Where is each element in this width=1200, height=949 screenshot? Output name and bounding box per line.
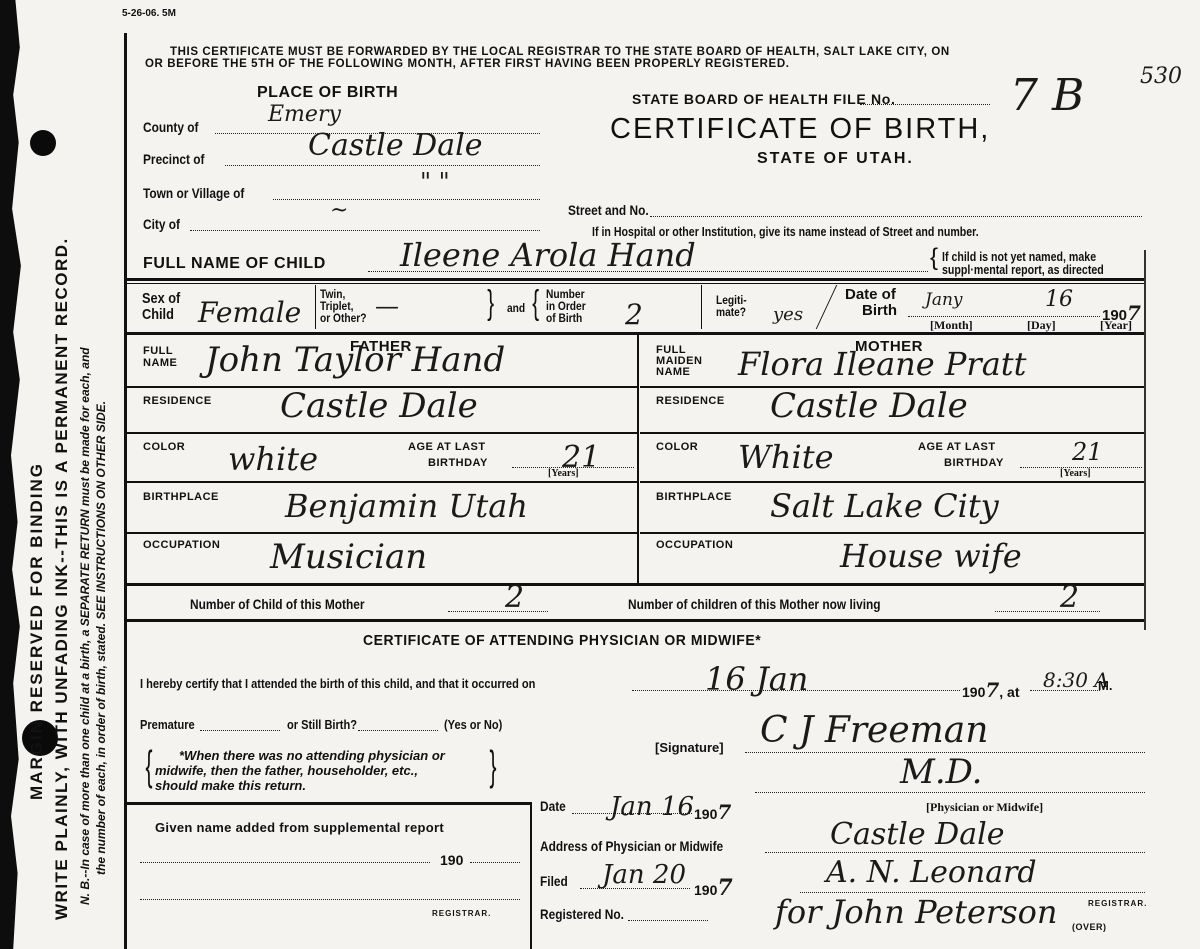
mother-color-label: COLOR <box>656 441 698 453</box>
order-value: 2 <box>625 298 643 331</box>
registrar-caption: REGISTRAR. <box>1088 899 1147 908</box>
still-birth-label: or Still Birth? <box>287 719 357 731</box>
twin-label: Twin, Triplet, or Other? <box>320 288 366 324</box>
dob-label-2: Birth <box>845 303 897 319</box>
father-birthplace-label: BIRTHPLACE <box>143 491 219 503</box>
order-label: Number in Order of Birth <box>546 288 586 324</box>
dob-year-caption: [Year] <box>1100 318 1132 333</box>
twin-label-3: or Other? <box>320 312 366 324</box>
brace-icon: { <box>930 246 938 270</box>
signature-label: [Signature] <box>655 740 724 755</box>
mother-name-label-3: NAME <box>656 367 702 378</box>
living-value: 2 <box>1060 580 1079 615</box>
rule <box>127 332 1144 335</box>
mother-age-label-2: BIRTHDAY <box>944 457 1004 469</box>
certify-text: I hereby certify that I attended the bir… <box>140 678 535 690</box>
mother-age-label-1: AGE AT LAST <box>918 441 996 453</box>
form-code: 5-26-06. 5M <box>122 8 176 19</box>
precinct-field[interactable] <box>225 165 540 166</box>
binding-hole <box>30 130 56 156</box>
sex-label-2: Child <box>142 307 180 323</box>
father-name-label-2: NAME <box>143 357 177 369</box>
father-name-label: FULL NAME <box>143 345 177 369</box>
divider <box>315 285 316 329</box>
unnamed-note-line2: suppl·mental report, as directed <box>942 264 1104 277</box>
premature-field[interactable] <box>200 730 280 731</box>
note-line1: *When there was no attending physician o… <box>155 748 445 763</box>
town-label: Town or Village of <box>143 187 244 199</box>
file-no-suffix: 530 <box>1140 64 1182 89</box>
mother-residence-label: RESIDENCE <box>656 395 725 407</box>
father-age-label-2: BIRTHDAY <box>428 457 488 469</box>
yes-no-hint: (Yes or No) <box>444 719 502 731</box>
frame-left <box>124 33 127 949</box>
dob-month-caption: [Month] <box>930 318 973 333</box>
mother-residence-value: Castle Dale <box>770 386 968 426</box>
child-number-label: Number of Child of this Mother <box>190 598 365 610</box>
scan-edge <box>0 0 22 949</box>
child-name-value: Ileene Arola Hand <box>400 236 696 274</box>
divider <box>701 285 702 329</box>
file-no-label: STATE BOARD OF HEALTH FILE No. <box>632 91 896 107</box>
address-field[interactable] <box>765 852 1145 853</box>
county-value: Emery <box>268 102 341 127</box>
no-physician-note: *When there was no attending physician o… <box>155 748 445 793</box>
father-color-label: COLOR <box>143 441 185 453</box>
nb-note-line2: the number of each, in order of birth, s… <box>94 401 108 875</box>
father-birthplace-value: Benjamin Utah <box>285 487 528 525</box>
registered-no-field[interactable] <box>628 920 708 921</box>
supplemental-name-field[interactable] <box>140 862 430 863</box>
dob-field[interactable] <box>908 316 1100 317</box>
frame-right <box>1144 250 1146 630</box>
mother-birthplace-value: Salt Lake City <box>770 487 999 525</box>
child-number-field[interactable] <box>448 611 548 612</box>
occurred-date: 16 Jan <box>705 660 808 698</box>
supplemental-heading: Given name added from supplemental repor… <box>155 820 444 835</box>
notice-line1: THIS CERTIFICATE MUST BE FORWARDED BY TH… <box>170 46 950 58</box>
address-label: Address of Physician or Midwife <box>540 840 723 852</box>
nb-note-line1: N. B.--In case of more than one child at… <box>78 347 92 905</box>
supplemental-registrar-field[interactable] <box>140 899 520 900</box>
mother-birthplace-label: BIRTHPLACE <box>656 491 732 503</box>
supplemental-year-field[interactable] <box>470 862 520 863</box>
signature-line2[interactable] <box>755 792 1145 793</box>
dob-day: 16 <box>1045 287 1073 312</box>
child-name-label: FULL NAME OF CHILD <box>143 255 326 273</box>
certificate-subtitle: STATE OF UTAH. <box>757 150 914 168</box>
write-plainly-text: WRITE PLAINLY, WITH UNFADING INK--THIS I… <box>52 237 72 920</box>
brace-icon: { <box>146 745 153 787</box>
city-field[interactable] <box>190 230 540 231</box>
signature-value: C J Freeman <box>760 710 988 751</box>
legit-value: yes <box>773 304 803 325</box>
city-value: ~ <box>330 198 348 223</box>
registered-no-label: Registered No. <box>540 908 624 920</box>
date-year-digit: 7 <box>717 800 731 824</box>
mother-occupation-label: OCCUPATION <box>656 539 733 551</box>
dob-day-caption: [Day] <box>1027 318 1056 333</box>
date-value: Jan 16 <box>610 792 694 822</box>
divider <box>816 285 838 329</box>
town-field[interactable] <box>273 199 540 200</box>
father-residence-value: Castle Dale <box>280 386 478 426</box>
occurred-year-prefix: 190 <box>962 684 985 700</box>
father-color-value: white <box>228 440 318 478</box>
note-line2: midwife, then the father, householder, e… <box>155 763 445 778</box>
street-label: Street and No. <box>568 204 649 216</box>
note-line3: should make this return. <box>155 778 445 793</box>
date-label: Date <box>540 800 566 812</box>
legit-label: Legiti- mate? <box>716 294 747 318</box>
address-value: Castle Dale <box>830 817 1004 852</box>
unnamed-note: If child is not yet named, make suppl·me… <box>942 251 1104 277</box>
notice-line2: OR BEFORE THE 5TH OF THE FOLLOWING MONTH… <box>145 58 790 70</box>
rule <box>127 278 1144 281</box>
rule <box>127 802 532 805</box>
place-of-birth-heading: PLACE OF BIRTH <box>257 84 398 102</box>
precinct-label: Precinct of <box>143 153 205 165</box>
file-no-line <box>860 104 990 105</box>
dob-label: Date of Birth <box>845 287 897 319</box>
and-label: and <box>507 302 525 314</box>
supplemental-year: 190 <box>440 852 463 868</box>
father-occupation-label: OCCUPATION <box>143 539 220 551</box>
mother-name-label: FULL MAIDEN NAME <box>656 345 702 378</box>
street-field[interactable] <box>650 216 1142 217</box>
date-year: 1907 <box>694 800 731 824</box>
role-caption: [Physician or Midwife] <box>926 800 1043 815</box>
rule <box>127 432 637 434</box>
signature-line2-value: M.D. <box>900 752 982 792</box>
rule <box>127 481 637 483</box>
brace-icon: } <box>490 745 497 787</box>
rule <box>127 532 637 534</box>
premature-label: Premature <box>140 719 195 731</box>
filed-date: Jan 20 <box>602 860 686 890</box>
filed-year-prefix: 190 <box>694 882 717 898</box>
supplemental-registrar-caption: REGISTRAR. <box>432 909 491 918</box>
sex-label-1: Sex of <box>142 291 180 307</box>
brace-icon: } <box>487 286 494 320</box>
twin-value: — <box>375 292 399 320</box>
filed-year: 1907 <box>694 875 733 901</box>
rule <box>640 532 1144 534</box>
registrar-name: A. N. Leonard <box>826 855 1037 890</box>
living-field[interactable] <box>995 611 1100 612</box>
father-age-label-1: AGE AT LAST <box>408 441 486 453</box>
rule <box>127 583 1144 586</box>
rule <box>127 283 1144 284</box>
column-divider <box>637 335 639 585</box>
over-label: (OVER) <box>1072 922 1107 932</box>
order-label-3: of Birth <box>546 312 586 324</box>
filed-year-digit: 7 <box>717 875 732 901</box>
still-birth-field[interactable] <box>358 730 438 731</box>
brace-icon: { <box>532 286 539 320</box>
father-name-label-1: FULL <box>143 345 177 357</box>
m-suffix: M. <box>1098 678 1112 693</box>
filed-label: Filed <box>540 875 568 887</box>
county-label: County of <box>143 121 199 133</box>
town-value: " " <box>420 168 450 196</box>
margin-reserved-text: MARGIN RESERVED FOR BINDING <box>27 462 47 800</box>
supplemental-box-border <box>530 802 532 949</box>
dob-month: Jany <box>925 290 963 310</box>
occurred-year: 1907, at <box>962 678 1020 702</box>
city-label: City of <box>143 218 180 230</box>
physician-heading: CERTIFICATE OF ATTENDING PHYSICIAN OR MI… <box>363 632 761 649</box>
rule <box>127 619 1144 622</box>
father-age-caption: [Years] <box>548 468 579 479</box>
file-no-value: 7 B <box>1010 70 1084 121</box>
mother-color-value: White <box>738 438 834 476</box>
certificate-title: CERTIFICATE OF BIRTH, <box>610 113 990 146</box>
mother-occupation-value: House wife <box>840 537 1022 575</box>
father-name-value: John Taylor Hand <box>205 340 505 380</box>
occurred-year-digit: 7 <box>985 678 999 702</box>
at-label: , at <box>999 684 1019 700</box>
for-line: for John Peterson <box>775 893 1057 931</box>
dob-label-1: Date of <box>845 287 897 303</box>
legit-label-2: mate? <box>716 306 747 318</box>
rule <box>640 432 1144 434</box>
mother-age-value: 21 <box>1072 438 1103 466</box>
mother-name-value: Flora Ileane Pratt <box>738 345 1026 383</box>
date-year-prefix: 190 <box>694 806 717 822</box>
precinct-value: Castle Dale <box>308 128 482 163</box>
father-residence-label: RESIDENCE <box>143 395 212 407</box>
sex-label: Sex of Child <box>142 291 180 323</box>
living-label: Number of children of this Mother now li… <box>628 598 881 610</box>
father-occupation-value: Musician <box>270 537 427 577</box>
mother-age-caption: [Years] <box>1060 468 1091 479</box>
child-number-value: 2 <box>505 580 524 615</box>
rule <box>640 481 1144 483</box>
sex-value: Female <box>198 296 301 329</box>
